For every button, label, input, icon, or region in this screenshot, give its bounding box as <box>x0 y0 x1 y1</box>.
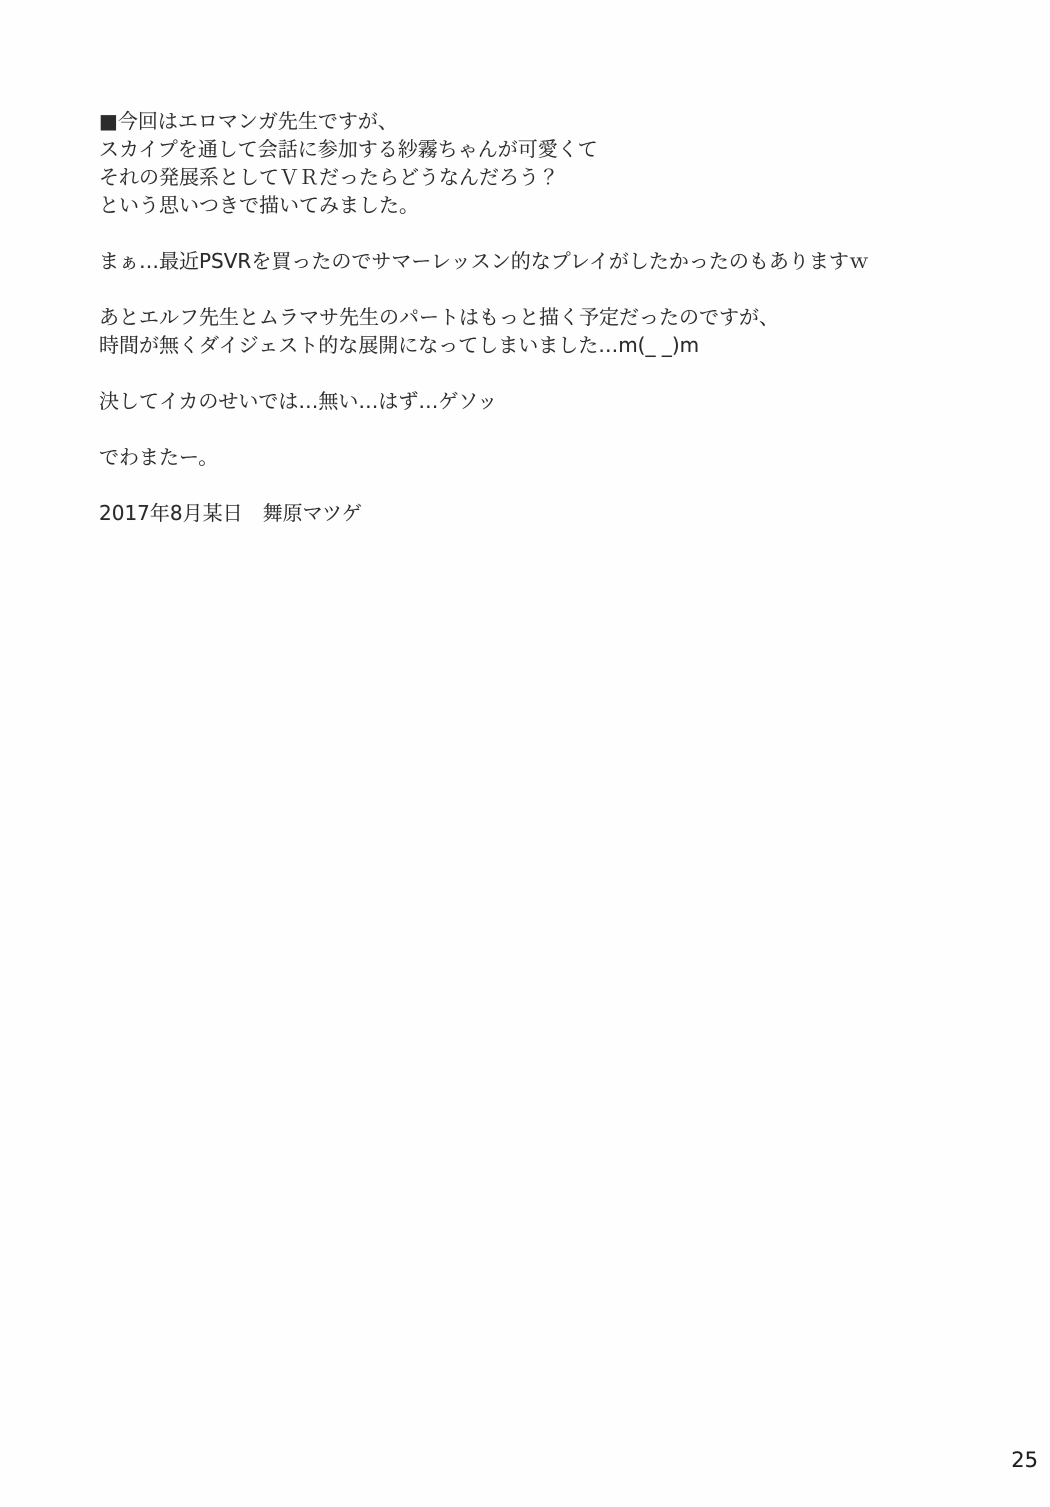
afterword-paragraph: 2017年8月某日 舞原マツゲ <box>99 499 979 527</box>
scanned-page: ■今回はエロマンガ先生ですが、 スカイプを通して会話に参加する紗霧ちゃんが可愛く… <box>0 0 1050 1507</box>
afterword-paragraph: でわまたー。 <box>99 443 979 471</box>
afterword-paragraph: あとエルフ先生とムラマサ先生のパートはもっと描く予定だったのですが、 時間が無く… <box>99 303 979 359</box>
afterword-text: ■今回はエロマンガ先生ですが、 スカイプを通して会話に参加する紗霧ちゃんが可愛く… <box>99 107 979 555</box>
afterword-paragraph: まぁ…最近PSVRを買ったのでサマーレッスン的なプレイがしたかったのもありますｗ <box>99 247 979 275</box>
afterword-paragraph: 決してイカのせいでは…無い…はず…ゲソッ <box>99 387 979 415</box>
page-number: 25 <box>1011 1450 1038 1471</box>
afterword-paragraph: ■今回はエロマンガ先生ですが、 スカイプを通して会話に参加する紗霧ちゃんが可愛く… <box>99 107 979 219</box>
